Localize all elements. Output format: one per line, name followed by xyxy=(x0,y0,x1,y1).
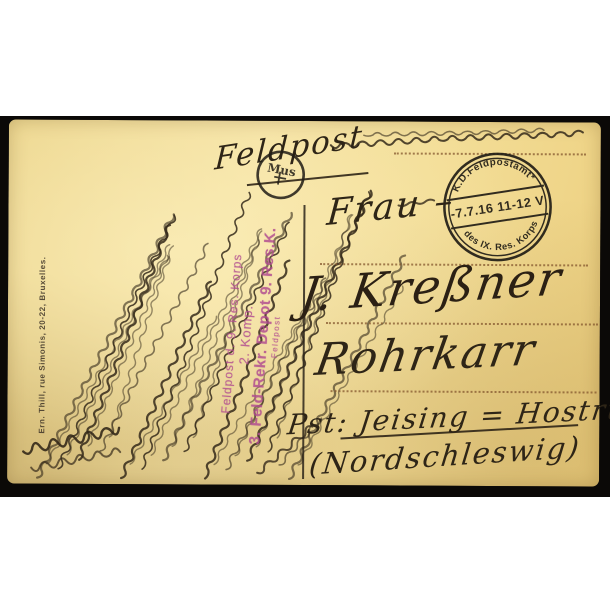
address-line-3 xyxy=(326,322,598,325)
address-street: Rohrkarr xyxy=(312,328,539,383)
address-region: (Nordschleswig) xyxy=(308,433,582,480)
handwriting-stroke xyxy=(37,214,174,479)
svg-text:des IX. Res. Korps: des IX. Res. Korps xyxy=(461,218,543,258)
address-salutation: Frau – xyxy=(325,183,455,232)
mus-circular-mark: Mus xyxy=(248,142,313,207)
handwriting-stroke xyxy=(67,244,170,455)
handwriting-stroke xyxy=(79,225,170,461)
postcard: Ern. Thill, rue Simonis, 20-22, Bruxelle… xyxy=(7,119,601,486)
handwriting-stroke xyxy=(364,127,544,137)
mus-mark-text: Mus xyxy=(266,160,297,179)
handwriting-stroke xyxy=(31,448,120,472)
handwriting-stroke xyxy=(109,256,170,437)
postmark-bottom-text: des IX. Res. Korps xyxy=(461,218,543,258)
address-line-4 xyxy=(331,390,597,393)
handwriting-stroke xyxy=(58,215,175,470)
handwriting-stroke xyxy=(88,255,168,446)
page: { "postcard": { "feldpost_script": "Feld… xyxy=(0,0,610,610)
handwriting-stroke xyxy=(121,281,211,478)
handwriting-stroke xyxy=(46,245,173,464)
postcard-photo: Ern. Thill, rue Simonis, 20-22, Bruxelle… xyxy=(0,116,610,497)
handwriting-stroke xyxy=(130,316,216,465)
printer-mark: Ern. Thill, rue Simonis, 20-22, Bruxelle… xyxy=(37,194,47,434)
handwriting-stroke xyxy=(100,243,208,452)
